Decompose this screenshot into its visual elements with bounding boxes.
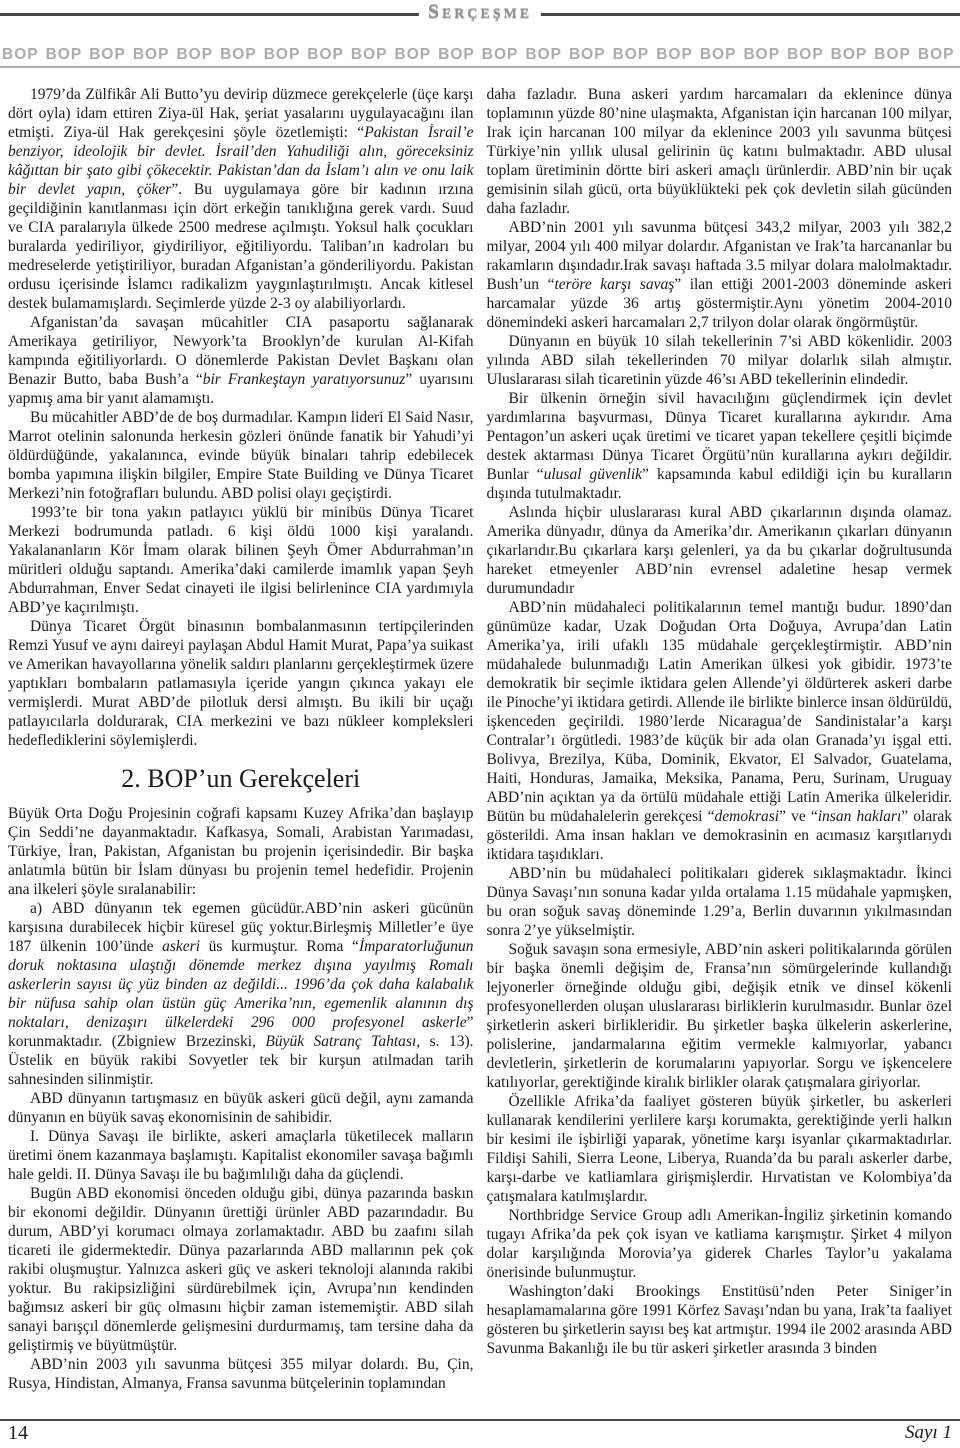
italic-text-run: Büyük Satranç Tahtası, [265,1033,420,1050]
paragraph: Bu mücahitler ABD’de de boş durmadılar. … [8,408,474,503]
paragraph: Soğuk savaşın sona ermesiyle, ABD’nin as… [487,940,953,1092]
paragraph: Dünyanın en büyük 10 silah tekellerinin … [487,332,953,389]
text-run: ” ve “ [779,808,818,825]
text-run: ABD’nin müdahaleci politikalarının temel… [487,599,953,825]
italic-text-run: teröre karşı savaş [554,276,674,293]
article-body: 1979’da Zülfikâr Ali Butto’yu devirip dü… [0,85,960,1393]
text-run: I. Dünya Savaşı ile birlikte, askeri ama… [8,1128,474,1183]
text-run: ABD dünyanın tartışmasız en büyük askeri… [8,1090,474,1126]
paragraph: Washington’daki Brookings Enstitüsü’nden… [487,1282,953,1358]
paragraph: I. Dünya Savaşı ile birlikte, askeri ama… [8,1127,474,1184]
text-run: Washington’daki Brookings Enstitüsü’nden… [487,1283,953,1357]
paragraph: a) ABD dünyanın tek egemen gücüdür.ABD’n… [8,899,474,1089]
italic-text-run: ulusal güvenlik [544,466,642,483]
text-run: Bu mücahitler ABD’de de boş durmadılar. … [8,409,474,502]
document-page: Serçeşme BOP BOP BOP BOP BOP BOP BOP BOP… [0,0,960,1448]
text-run: Bugün ABD ekonomisi önceden olduğu gibi,… [8,1185,474,1354]
text-run: Aslında hiçbir uluslararası kural ABD çı… [487,504,953,597]
text-run: Özellikle Afrika’da faaliyet gösteren bü… [487,1093,953,1205]
page-footer: 14 Sayı 1 [0,1419,960,1448]
text-run: Dünya Ticaret Örgüt binasının bombalanma… [8,618,474,749]
journal-title: Serçeşme [419,1,541,24]
text-run: daha fazladır. Buna askeri yardım harcam… [487,86,953,217]
paragraph: Büyük Orta Doğu Projesinin coğrafi kapsa… [8,804,474,899]
italic-text-run: demokrasi [715,808,780,825]
text-run: ABD’nin bu müdahaleci politikaları gider… [487,865,953,939]
text-run: üs kurmuştur. Roma “ [200,938,359,955]
text-run: Soğuk savaşın sona ermesiyle, ABD’nin as… [487,941,953,1091]
left-column: 1979’da Zülfikâr Ali Butto’yu devirip dü… [8,85,474,1393]
paragraph: Afganistan’da savaşan mücahitler CIA pas… [8,313,474,408]
right-column: daha fazladır. Buna askeri yardım harcam… [487,85,953,1393]
text-run: Northbridge Service Group adlı Amerikan-… [487,1207,953,1281]
paragraph: Dünya Ticaret Örgüt binasının bombalanma… [8,617,474,750]
paragraph: Northbridge Service Group adlı Amerikan-… [487,1206,953,1282]
paragraph: daha fazladır. Buna askeri yardım harcam… [487,85,953,218]
italic-text-run: insan hakları [818,808,902,825]
paragraph: 1979’da Zülfikâr Ali Butto’yu devirip dü… [8,85,474,313]
italic-text-run: askeri [162,938,200,955]
paragraph: 1993’te bir tona yakın patlayıcı yüklü b… [8,503,474,617]
text-run: ABD’nin 2003 yılı savunma bütçesi 355 mi… [8,1356,474,1392]
paragraph: ABD’nin bu müdahaleci politikaları gider… [487,864,953,940]
bop-strip: BOP BOP BOP BOP BOP BOP BOP BOP BOP BOP … [0,46,960,68]
text-run: ”. Bu uygulamaya göre bir kadının ırzına… [8,181,474,312]
paragraph: ABD’nin 2001 yılı savunma bütçesi 343,2 … [487,218,953,332]
paragraph: Bugün ABD ekonomisi önceden olduğu gibi,… [8,1184,474,1355]
masthead: Serçeşme [0,0,960,40]
paragraph: ABD’nin 2003 yılı savunma bütçesi 355 mi… [8,1355,474,1393]
paragraph: Bir ülkenin örneğin sivil havacılığını g… [487,389,953,503]
text-run: Dünyanın en büyük 10 silah tekellerinin … [487,333,953,388]
paragraph: Aslında hiçbir uluslararası kural ABD çı… [487,503,953,598]
text-run: 1993’te bir tona yakın patlayıcı yüklü b… [8,504,474,616]
paragraph: ABD’nin müdahaleci politikalarının temel… [487,598,953,864]
italic-text-run: bir Frankeştayn yaratıyorsunuz [203,371,406,388]
text-run: Büyük Orta Doğu Projesinin coğrafi kapsa… [8,805,474,898]
section-heading: 2. BOP’un Gerekçeleri [8,764,474,794]
paragraph: Özellikle Afrika’da faaliyet gösteren bü… [487,1092,953,1206]
issue-label: Sayı 1 [905,1422,952,1444]
paragraph: ABD dünyanın tartışmasız en büyük askeri… [8,1089,474,1127]
page-number: 14 [8,1422,28,1444]
